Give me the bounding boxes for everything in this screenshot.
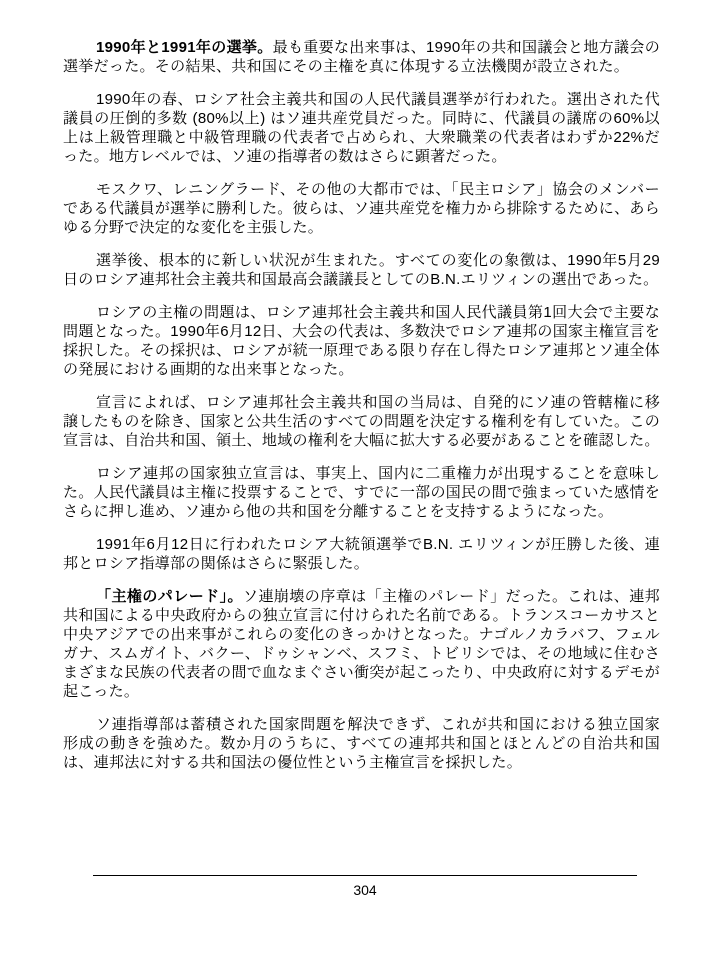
footer-divider [93, 875, 637, 876]
paragraph-spring-1990: 1990年の春、ロシア社会主義共和国の人民代議員選挙が行われた。選出された代議員… [63, 90, 660, 166]
paragraph-lead: 「主権のパレード」。 [96, 588, 243, 605]
paragraph-declaration-rights: 宣言によれば、ロシア連邦社会主義共和国の当局は、自発的にソ連の管轄権に移譲したも… [63, 393, 660, 450]
paragraph-elections-heading: 1990年と1991年の選挙。最も重要な出来事は、1990年の共和国議会と地方議… [63, 38, 660, 76]
paragraph-text: ロシアの主権の問題は、ロシア連邦社会主義共和国人民代議員第1回大会で主要な問題と… [63, 304, 660, 378]
paragraph-parade-of-sovereignties: 「主権のパレード」。ソ連崩壊の序章は「主権のパレード」だった。これは、連邦共和国… [63, 587, 660, 701]
page-footer: 304 [93, 875, 637, 899]
paragraph-text: ソ連指導部は蓄積された国家問題を解決できず、これが共和国における独立国家形成の動… [63, 716, 660, 771]
paragraph-text: 選挙後、根本的に新しい状況が生まれた。すべての変化の象徴は、1990年5月29日… [63, 252, 660, 288]
paragraph-text: 1990年の春、ロシア社会主義共和国の人民代議員選挙が行われた。選出された代議員… [63, 91, 660, 165]
paragraph-democratic-russia: モスクワ、レニングラード、その他の大都市では、「民主ロシア」協会のメンバーである… [63, 180, 660, 237]
page-number: 304 [93, 881, 637, 899]
paragraph-text: 宣言によれば、ロシア連邦社会主義共和国の当局は、自発的にソ連の管轄権に移譲したも… [63, 394, 660, 449]
paragraph-yeltsin-chairman: 選挙後、根本的に新しい状況が生まれた。すべての変化の象徴は、1990年5月29日… [63, 251, 660, 289]
paragraph-dual-power: ロシア連邦の国家独立宣言は、事実上、国内に二重権力が出現することを意味した。人民… [63, 464, 660, 521]
document-page: 1990年と1991年の選挙。最も重要な出来事は、1990年の共和国議会と地方議… [0, 0, 720, 960]
paragraph-presidential-election: 1991年6月12日に行われたロシア大統領選挙でB.N. エリツィンが圧勝した後… [63, 535, 660, 573]
paragraph-text: ロシア連邦の国家独立宣言は、事実上、国内に二重権力が出現することを意味した。人民… [63, 465, 660, 520]
page-content: 1990年と1991年の選挙。最も重要な出来事は、1990年の共和国議会と地方議… [63, 38, 660, 786]
paragraph-sovereignty-declaration: ロシアの主権の問題は、ロシア連邦社会主義共和国人民代議員第1回大会で主要な問題と… [63, 303, 660, 379]
paragraph-text: 1991年6月12日に行われたロシア大統領選挙でB.N. エリツィンが圧勝した後… [63, 536, 660, 572]
paragraph-soviet-leadership: ソ連指導部は蓄積された国家問題を解決できず、これが共和国における独立国家形成の動… [63, 715, 660, 772]
paragraph-text: モスクワ、レニングラード、その他の大都市では、「民主ロシア」協会のメンバーである… [63, 181, 660, 236]
paragraph-lead: 1990年と1991年の選挙。 [96, 39, 273, 56]
